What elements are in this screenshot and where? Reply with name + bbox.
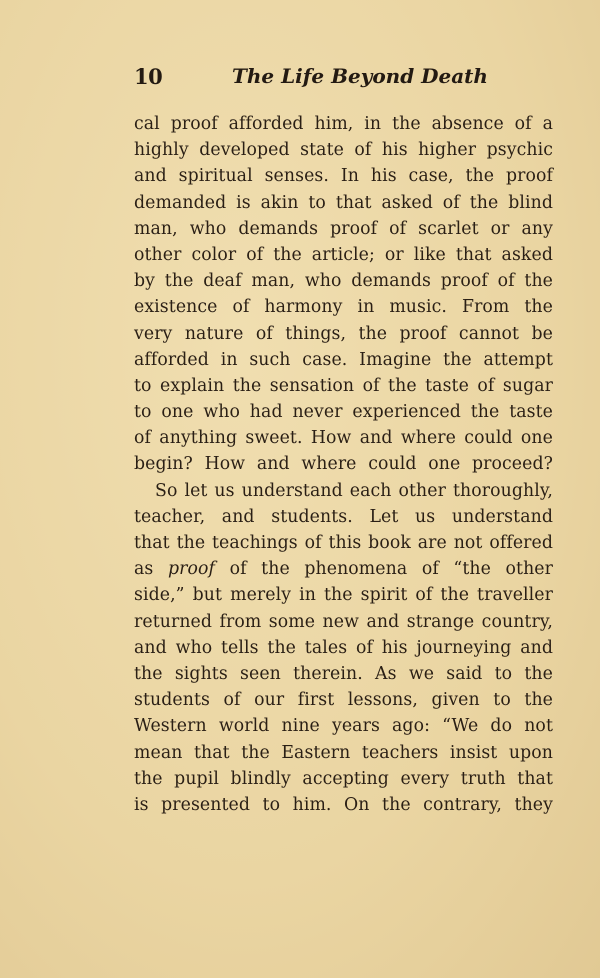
text-line: very nature of things, the proof cannot …: [134, 321, 553, 347]
text-line-with-emphasis: as proof of the phenomena of “the other: [134, 556, 553, 582]
text-line: the sights seen therein. As we said to t…: [134, 661, 553, 687]
text-line: to one who had never experienced the tas…: [134, 399, 553, 425]
text-line: returned from some new and strange count…: [134, 609, 553, 635]
text-line: afforded in such case. Imagine the attem…: [134, 347, 553, 373]
page-number: 10: [134, 64, 162, 89]
book-page: 10 The Life Beyond Death cal proof affor…: [0, 0, 600, 978]
text-line: of anything sweet. How and where could o…: [134, 425, 553, 451]
text-line: existence of harmony in music. From the: [134, 294, 553, 320]
body-text: cal proof afforded him, in the absence o…: [134, 111, 553, 818]
running-head-title: The Life Beyond Death: [232, 64, 488, 88]
text-line: highly developed state of his higher psy…: [134, 137, 553, 163]
page-header: 10 The Life Beyond Death: [134, 64, 554, 94]
text-line: demanded is akin to that asked of the bl…: [134, 190, 553, 216]
paragraph-first-line: So let us understand each other thorough…: [134, 478, 553, 504]
text-line: cal proof afforded him, in the absence o…: [134, 111, 553, 137]
text-line: man, who demands proof of scarlet or any: [134, 216, 553, 242]
text-line: begin? How and where could one proceed?: [134, 451, 553, 477]
text-line: Western world nine years ago: “We do not: [134, 713, 553, 739]
emphasized-word: proof: [168, 559, 215, 579]
text-line: mean that the Eastern teachers insist up…: [134, 740, 553, 766]
text-line: other color of the article; or like that…: [134, 242, 553, 268]
text-line: the pupil blindly accepting every truth …: [134, 766, 553, 792]
text-line: teacher, and students. Let us understand: [134, 504, 553, 530]
text-line: is presented to him. On the contrary, th…: [134, 792, 553, 818]
text-line: and spiritual senses. In his case, the p…: [134, 163, 553, 189]
text-segment: of the phenomena of “the other: [215, 559, 553, 579]
text-line: side,” but merely in the spirit of the t…: [134, 582, 553, 608]
text-segment: as: [134, 559, 168, 579]
text-line: by the deaf man, who demands proof of th…: [134, 268, 553, 294]
text-line: that the teachings of this book are not …: [134, 530, 553, 556]
text-line: and who tells the tales of his journeyin…: [134, 635, 553, 661]
text-line: students of our first lessons, given to …: [134, 687, 553, 713]
text-line: to explain the sensation of the taste of…: [134, 373, 553, 399]
